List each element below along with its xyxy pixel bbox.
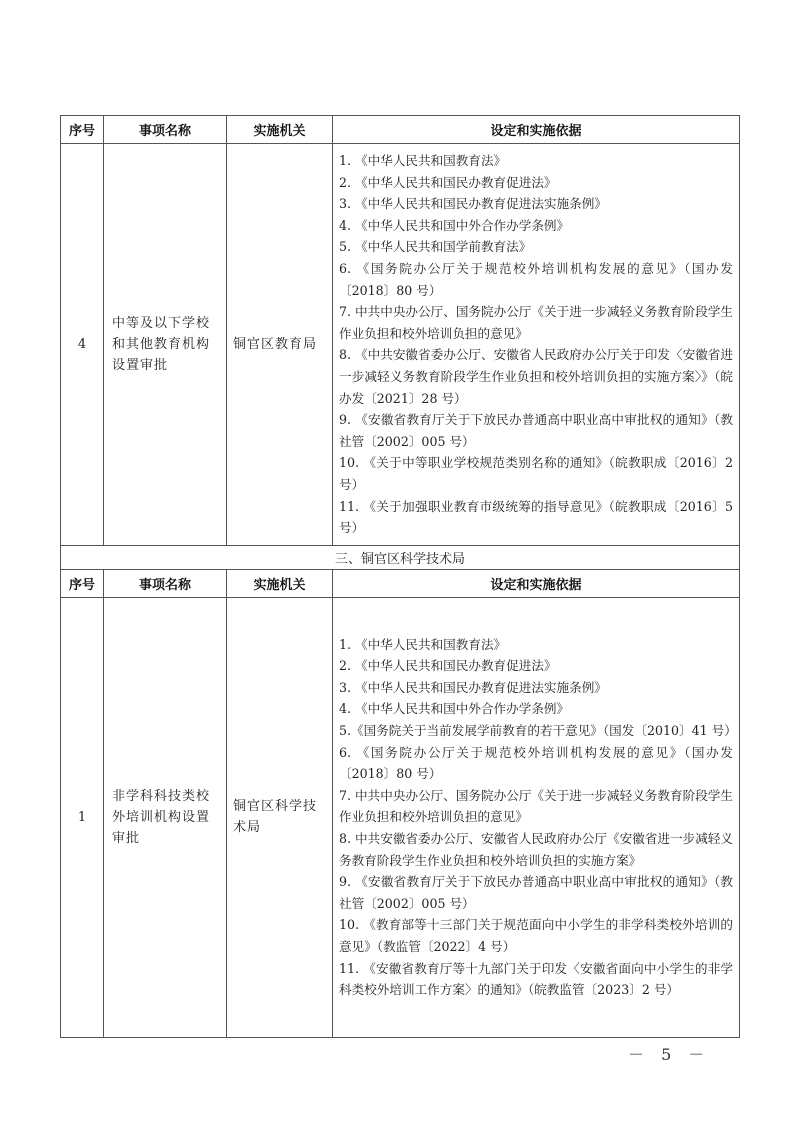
basis-item: 5.《国务院关于当前发展学前教育的若干意见》（国发〔2010〕41 号） <box>339 720 733 742</box>
basis-item: 1. 《中华人民共和国教育法》 <box>339 634 733 656</box>
legal-basis-list: 1. 《中华人民共和国教育法》 2. 《中华人民共和国民办教育促进法》 3. 《… <box>333 144 740 546</box>
implementing-agency: 铜官区教育局 <box>227 144 333 546</box>
table-row: 4 中等及以下学校和其他教育机构设置审批 铜官区教育局 1. 《中华人民共和国教… <box>61 144 740 546</box>
approval-items-table: 序号 事项名称 实施机关 设定和实施依据 4 中等及以下学校和其他教育机构设置审… <box>60 115 740 1038</box>
basis-item: 1. 《中华人民共和国教育法》 <box>339 150 733 172</box>
section-title: 三、铜官区科学技术局 <box>61 545 740 569</box>
row-number: 1 <box>61 597 104 1037</box>
basis-item: 2. 《中华人民共和国民办教育促进法》 <box>339 655 733 677</box>
basis-item: 3. 《中华人民共和国民办教育促进法实施条例》 <box>339 677 733 699</box>
basis-item: 4. 《中华人民共和国中外合作办学条例》 <box>339 698 733 720</box>
basis-item: 8. 《中共安徽省委办公厅、安徽省人民政府办公厅关于印发〈安徽省进一步减轻义务教… <box>339 344 733 409</box>
header-no: 序号 <box>61 116 104 144</box>
basis-item: 10. 《关于中等职业学校规范类别名称的通知》（皖教职成〔2016〕2 号） <box>339 452 733 495</box>
basis-item: 2. 《中华人民共和国民办教育促进法》 <box>339 172 733 194</box>
item-name: 中等及以下学校和其他教育机构设置审批 <box>104 144 227 546</box>
basis-item: 10. 《教育部等十三部门关于规范面向中小学生的非学科类校外培训的意见》（教监管… <box>339 914 733 957</box>
legal-basis-list: 1. 《中华人民共和国教育法》 2. 《中华人民共和国民办教育促进法》 3. 《… <box>333 597 740 1037</box>
basis-item: 11. 《安徽省教育厅等十九部门关于印发〈安徽省面向中小学生的非学科类校外培训工… <box>339 958 733 1001</box>
row-number: 4 <box>61 144 104 546</box>
table-header-row: 序号 事项名称 实施机关 设定和实施依据 <box>61 569 740 597</box>
header-org: 实施机关 <box>227 116 333 144</box>
basis-item: 8. 中共安徽省委办公厅、安徽省人民政府办公厅《安徽省进一步减轻义务教育阶段学生… <box>339 828 733 871</box>
section-title-row: 三、铜官区科学技术局 <box>61 545 740 569</box>
basis-item: 6. 《国务院办公厅关于规范校外培训机构发展的意见》（国办发〔2018〕80 号… <box>339 742 733 785</box>
basis-item: 7. 中共中央办公厅、国务院办公厅《关于进一步减轻义务教育阶段学生作业负担和校外… <box>339 301 733 344</box>
header-name: 事项名称 <box>104 569 227 597</box>
header-name: 事项名称 <box>104 116 227 144</box>
basis-item: 9. 《安徽省教育厅关于下放民办普通高中职业高中审批权的通知》（教社管〔2002… <box>339 871 733 914</box>
basis-item: 9. 《安徽省教育厅关于下放民办普通高中职业高中审批权的通知》（教社管〔2002… <box>339 409 733 452</box>
item-name: 非学科科技类校外培训机构设置审批 <box>104 597 227 1037</box>
header-basis: 设定和实施依据 <box>333 569 740 597</box>
implementing-agency: 铜官区科学技术局 <box>227 597 333 1037</box>
basis-item: 3. 《中华人民共和国民办教育促进法实施条例》 <box>339 193 733 215</box>
table-header-row: 序号 事项名称 实施机关 设定和实施依据 <box>61 116 740 144</box>
header-org: 实施机关 <box>227 569 333 597</box>
header-basis: 设定和实施依据 <box>333 116 740 144</box>
table-row: 1 非学科科技类校外培训机构设置审批 铜官区科学技术局 1. 《中华人民共和国教… <box>61 597 740 1037</box>
page-number: － 5 － <box>628 1042 710 1065</box>
basis-item: 11. 《关于加强职业教育市级统筹的指导意见》（皖教职成〔2016〕5 号） <box>339 496 733 539</box>
basis-item: 4. 《中华人民共和国中外合作办学条例》 <box>339 215 733 237</box>
basis-item: 6. 《国务院办公厅关于规范校外培训机构发展的意见》（国办发〔2018〕80 号… <box>339 258 733 301</box>
header-no: 序号 <box>61 569 104 597</box>
basis-item: 5. 《中华人民共和国学前教育法》 <box>339 236 733 258</box>
basis-item: 7. 中共中央办公厅、国务院办公厅《关于进一步减轻义务教育阶段学生作业负担和校外… <box>339 785 733 828</box>
